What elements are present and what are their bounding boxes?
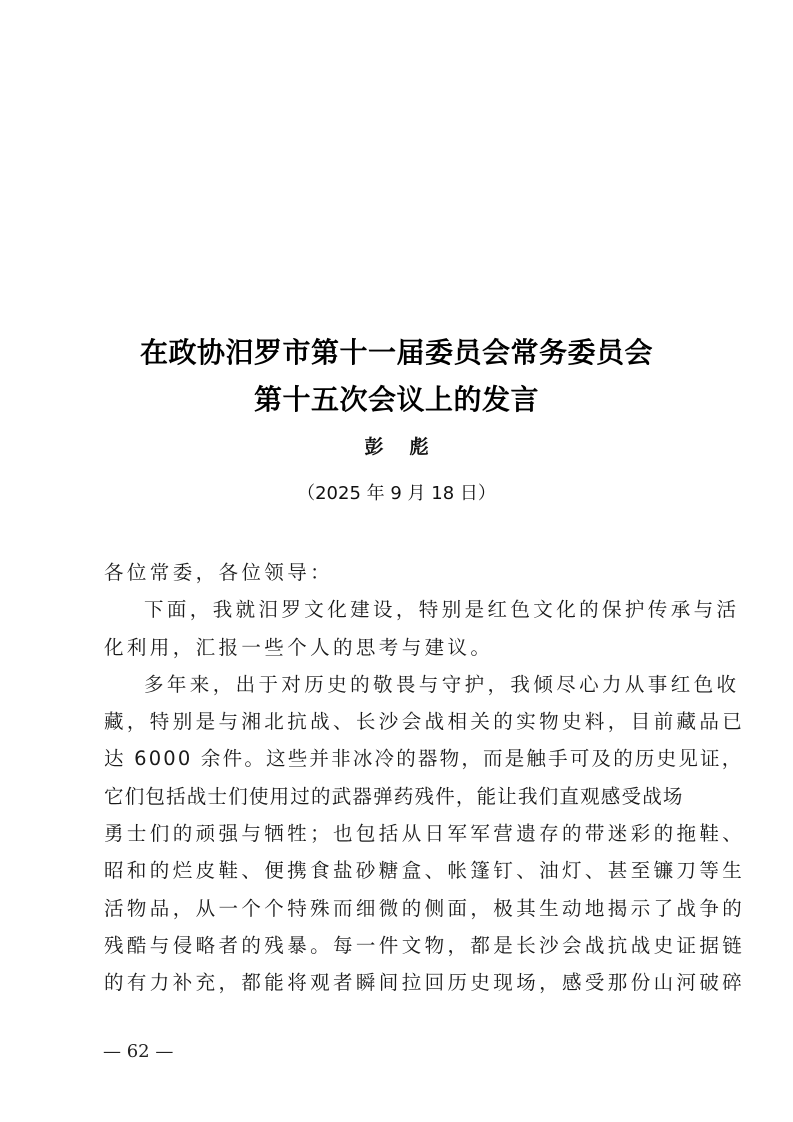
author-name: 彭彪 — [0, 433, 793, 461]
document-title-line-2: 第十五次会议上的发言 — [0, 380, 793, 420]
page-number: — 62 — — [103, 1040, 173, 1064]
document-title-line-1: 在政协汨罗市第十一届委员会常务委员会 — [0, 333, 793, 373]
paragraph-2-line-2: 藏，特别是与湘北抗战、长沙会战相关的实物史料，目前藏品已 — [104, 707, 694, 744]
speech-body: 各位常委，各位领导： 下面，我就汨罗文化建设，特别是红色文化的保护传承与活 化利… — [104, 558, 694, 1006]
document-page: 在政协汨罗市第十一届委员会常务委员会 第十五次会议上的发言 彭彪 （2025 年… — [0, 0, 793, 1122]
paragraph-1-line-1: 下面，我就汨罗文化建设，特别是红色文化的保护传承与活 — [104, 595, 694, 632]
author-given-name: 彪 — [410, 436, 429, 458]
speech-date: （2025 年 9 月 18 日） — [0, 480, 793, 508]
paragraph-1-line-2: 化利用，汇报一些个人的思考与建议。 — [104, 633, 694, 670]
paragraph-2-line-5: 勇士们的顽强与牺牲；也包括从日军军营遗存的带迷彩的拖鞋、 — [104, 819, 694, 856]
paragraph-2-line-1: 多年来，出于对历史的敬畏与守护，我倾尽心力从事红色收 — [104, 670, 694, 707]
paragraph-2-line-3: 达 6000 余件。这些并非冰冷的器物，而是触手可及的历史见证， — [104, 744, 694, 781]
author-surname: 彭 — [364, 436, 383, 458]
paragraph-2-line-7: 活物品，从一个个特殊而细微的侧面，极其生动地揭示了战争的 — [104, 894, 694, 931]
paragraph-2-line-4: 它们包括战士们使用过的武器弹药残件，能让我们直观感受战场 — [104, 782, 694, 819]
paragraph-2-line-6: 昭和的烂皮鞋、便携食盐砂糖盒、帐篷钉、油灯、甚至镰刀等生 — [104, 856, 694, 893]
salutation: 各位常委，各位领导： — [104, 558, 694, 595]
paragraph-2-line-9: 的有力补充，都能将观者瞬间拉回历史现场，感受那份山河破碎 — [104, 968, 694, 1005]
paragraph-2-line-8: 残酷与侵略者的残暴。每一件文物，都是长沙会战抗战史证据链 — [104, 931, 694, 968]
